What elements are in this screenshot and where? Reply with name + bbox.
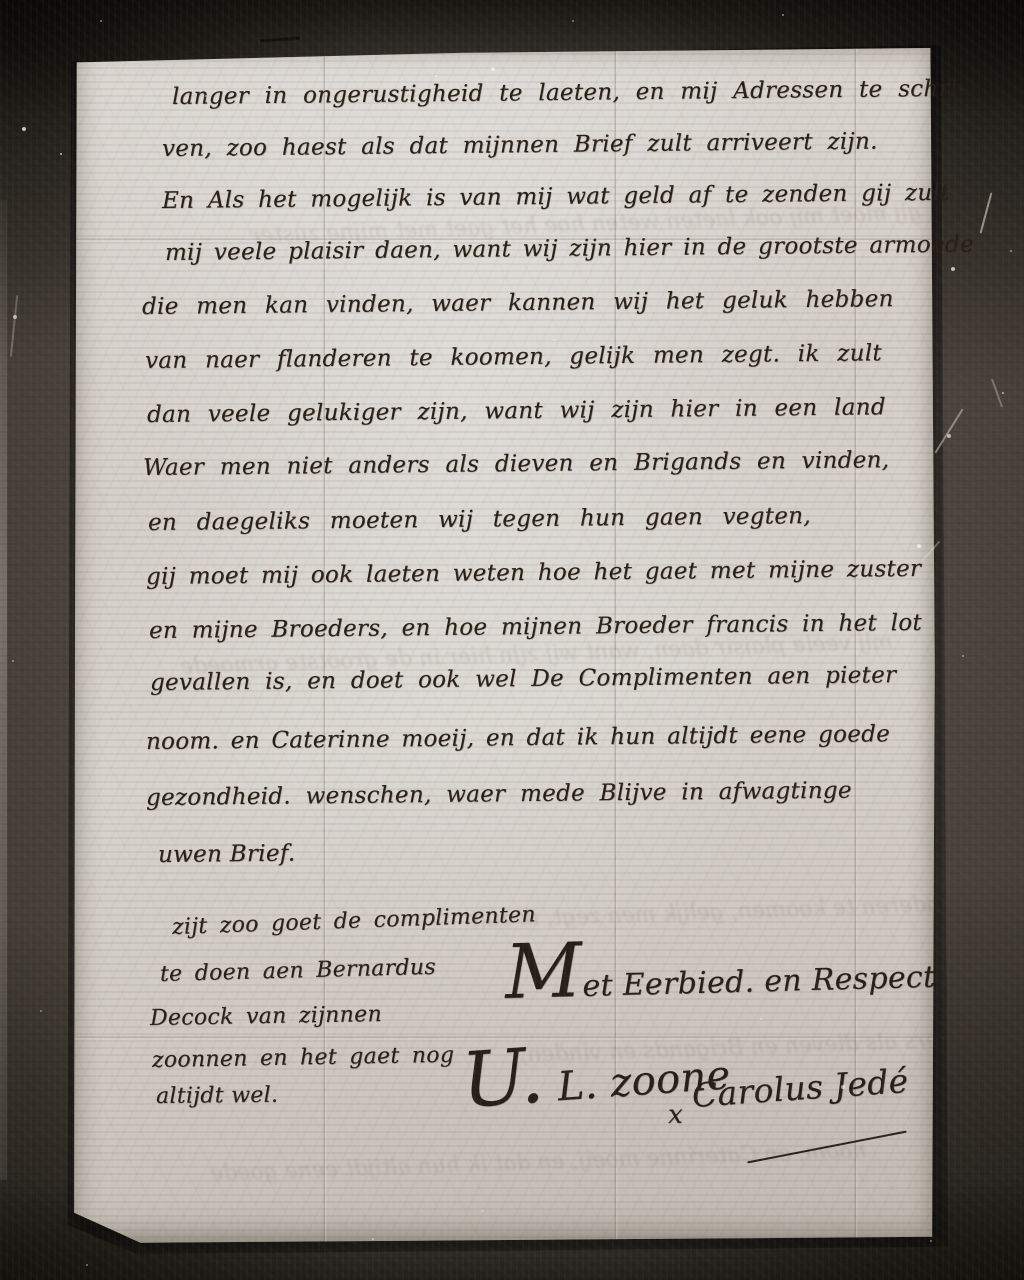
postscript-line: zijt zoo goet de complimenten [172,902,537,940]
letter-line: gij moet mij ook laeten weten hoe het ga… [146,556,922,590]
letter-line: noom. en Caterinne moeij, en dat ik hun … [146,721,890,755]
signature-mark: x [668,1100,683,1130]
letter-line: uwen Brief. [158,841,296,868]
letter-line: langer in ongerustigheid te laeten, en m… [172,76,966,110]
letter-line: die men kan vinden, waer kannen wij het … [142,286,894,320]
signature-intro: U. L. zoone [459,1017,732,1124]
postscript-line: te doen aen Bernardus [160,955,437,987]
closing-salutation: Met Eerbied. en Respect [504,917,936,1016]
letter-line: ven, zoo haest als dat mijnnen Brief zul… [162,129,878,162]
letter-line: van naer flanderen te koomen, gelijk men… [145,340,882,374]
letter-text-layer: mij veele plaisir daen, want wij zijn hi… [0,0,1024,1280]
postscript-line: altijdt wel. [156,1083,279,1109]
letter-line: dan veele gelukiger zijn, want wij zijn … [147,394,886,428]
dust-specks [0,0,2,2]
ink-bleed-through: noom. en Caterinne moeij, en dat ik hun … [210,1139,867,1187]
letter-line: gezondheid. wenschen, waer mede Blijve i… [146,778,852,811]
letter-line: en daegeliks moeten wij tegen hun gaen v… [148,503,811,536]
photo-background: mij veele plaisir daen, want wij zijn hi… [0,0,1024,1280]
letter-line: Waer men niet anders als dieven en Briga… [143,447,890,481]
postscript-line: Decock van zijnnen [150,1002,382,1031]
postscript-line: zoonnen en het gaet nog [152,1043,455,1073]
